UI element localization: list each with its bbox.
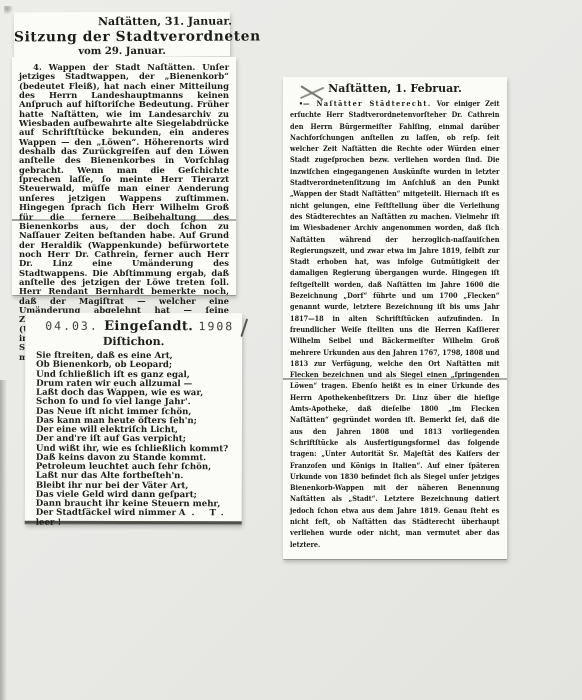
lead-title: Naſtätter Städterecht.: [317, 99, 432, 108]
clipping-session-body: 4. Wappen der Stadt Naſtätten. Unſer jet…: [12, 57, 236, 295]
scanned-album-page: Naſtätten, 31. Januar. Sitzung der Stadt…: [0, 0, 582, 700]
year-stamp: 1908: [199, 319, 235, 333]
lead-text: Vor einiger Zeit erſuchte Herr Stadtvero…: [290, 99, 499, 549]
clipping-poem: 04.03. Eingeſandt. 1908 Diſtichon. Sie ſ…: [25, 313, 243, 525]
clipping-staedterecht: Naſtätten, 1. Februar. •—Naſtätter Städt…: [283, 77, 507, 559]
poem-body: Sie ſtreiten, daß es eine Art, Ob Bienen…: [33, 352, 234, 528]
poem-signature: A. T.: [179, 509, 234, 528]
article-body: •—Naſtätter Städterecht.Vor einiger Zeit…: [283, 98, 507, 550]
clipping-session-headline: Naſtätten, 31. Januar. Sitzung der Stadt…: [14, 12, 230, 58]
article-subtitle: vom 29. Januar.: [14, 46, 230, 58]
pen-slash-mark: [240, 318, 248, 337]
poem-subheading: Diſtichon.: [33, 335, 234, 349]
article-title: Sitzung der Stadtverordneten: [14, 29, 230, 46]
poem-heading: Eingeſandt.: [104, 319, 193, 334]
dateline: Naſtätten, 31. Januar.: [14, 12, 230, 29]
clipping-seam: [12, 219, 236, 221]
clipping-seam: [283, 378, 507, 380]
date-stamp: 04.03.: [45, 319, 99, 333]
lead-bullet: •—: [299, 99, 310, 108]
poem-last-line-row: Der Stadtſäckel wird nimmer leer ! A. T.: [36, 509, 234, 528]
poem-header: 04.03. Eingeſandt. 1908: [33, 319, 234, 335]
poem-line: Der Stadtſäckel wird nimmer leer !: [36, 509, 179, 528]
